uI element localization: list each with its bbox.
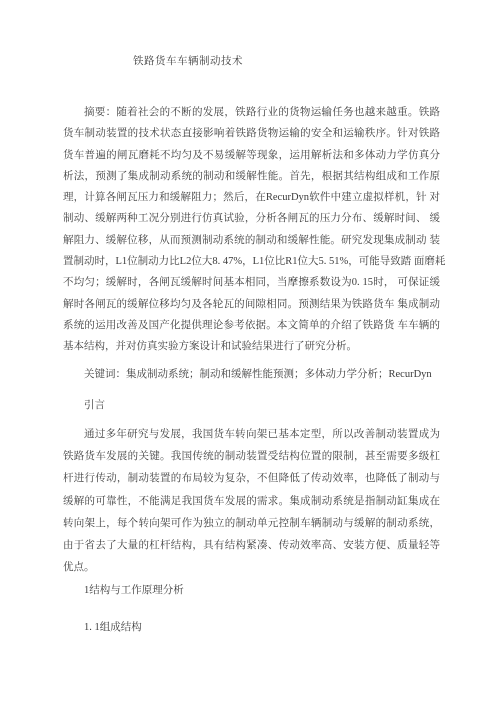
abstract-line: 析法，预测了集成制动系统的制动和缓解性能。首先，根据其结构组成和工作原 — [63, 166, 440, 187]
abstract-line: 货车制动装置的技术状态直接影响着铁路货物运输的安全和运输秩序。针对铁路 — [63, 123, 440, 144]
section-1-1-heading: 1. 1组成结构 — [84, 621, 142, 635]
section-1-heading: 1结构与工作原理分析 — [84, 584, 184, 598]
abstract-line: 货车普遍的闸瓦磨耗不均匀及不易缓解等现象，运用解析法和多体动力学仿真分 — [63, 145, 440, 166]
introduction-paragraph: 通过多年研究与发展，我国货车转向架已基本定型，所以改善制动装置成为 铁路货车发展… — [63, 424, 440, 579]
abstract-line: 解时各闸瓦的缓解位移均匀及各轮瓦的间隙相同。预测结果为铁路货车 集成制动 — [63, 294, 440, 315]
abstract-line: 系统的运用改善及国产化提供理论参考依据。本文简单的介绍了铁路货 车车辆的 — [63, 315, 440, 336]
introduction-line: 通过多年研究与发展，我国货车转向架已基本定型，所以改善制动装置成为 — [63, 424, 440, 446]
abstract-line: 理，计算各闸瓦压力和缓解阻力；然后，在RecurDyn软件中建立虚拟样机，针 对 — [63, 187, 440, 208]
abstract-line: 摘要：随着社会的不断的发展，铁路行业的货物运输任务也越来越重。铁路 — [63, 102, 440, 123]
introduction-line: 由于省去了大量的杠杆结构，具有结构紧凑、传动效率高、安装方便、质量轻等 — [63, 535, 440, 557]
introduction-heading: 引言 — [84, 399, 105, 413]
abstract-paragraph: 摘要：随着社会的不断的发展，铁路行业的货物运输任务也越来越重。铁路 货车制动装置… — [63, 102, 440, 358]
abstract-line: 不均匀；缓解时，各闸瓦缓解时间基本相同，当摩擦系数设为0. 15时， 可保证缓 — [63, 272, 440, 293]
abstract-line: 置制动时，L1位制动力比L2位大8. 47%，L1位比R1位大5. 51%，可能… — [63, 251, 440, 272]
abstract-line: 制动、缓解两种工况分别进行仿真试验，分析各闸瓦的压力分布、缓解时间、 缓 — [63, 208, 440, 229]
introduction-line: 转向架上，每个转向架可作为独立的制动单元控制车辆制动与缓解的制动系统， — [63, 513, 440, 535]
document-title: 铁路货车车辆制动技术 — [133, 55, 243, 69]
introduction-line: 优点。 — [63, 557, 440, 579]
keywords-line: 关键词：集成制动系统；制动和缓解性能预测；多体动力学分析；RecurDyn — [84, 368, 432, 382]
abstract-line: 解阻力、缓解位移，从而预测制动系统的制动和缓解性能。研究发现集成制动 装 — [63, 230, 440, 251]
introduction-line: 铁路货车发展的关键。我国传统的制动装置受结构位置的限制，甚至需要多级杠 — [63, 446, 440, 468]
introduction-line: 杆进行传动，制动装置的布局较为复杂，不但降低了传动效率，也降低了制动与 — [63, 468, 440, 490]
introduction-line: 缓解的可靠性，不能满足我国货车发展的需求。集成制动系统是指制动缸集成在 — [63, 491, 440, 513]
document-page: 铁路货车车辆制动技术 摘要：随着社会的不断的发展，铁路行业的货物运输任务也越来越… — [0, 0, 500, 707]
abstract-line: 基本结构，并对仿真实验方案设计和试验结果进行了研究分析。 — [63, 336, 440, 357]
